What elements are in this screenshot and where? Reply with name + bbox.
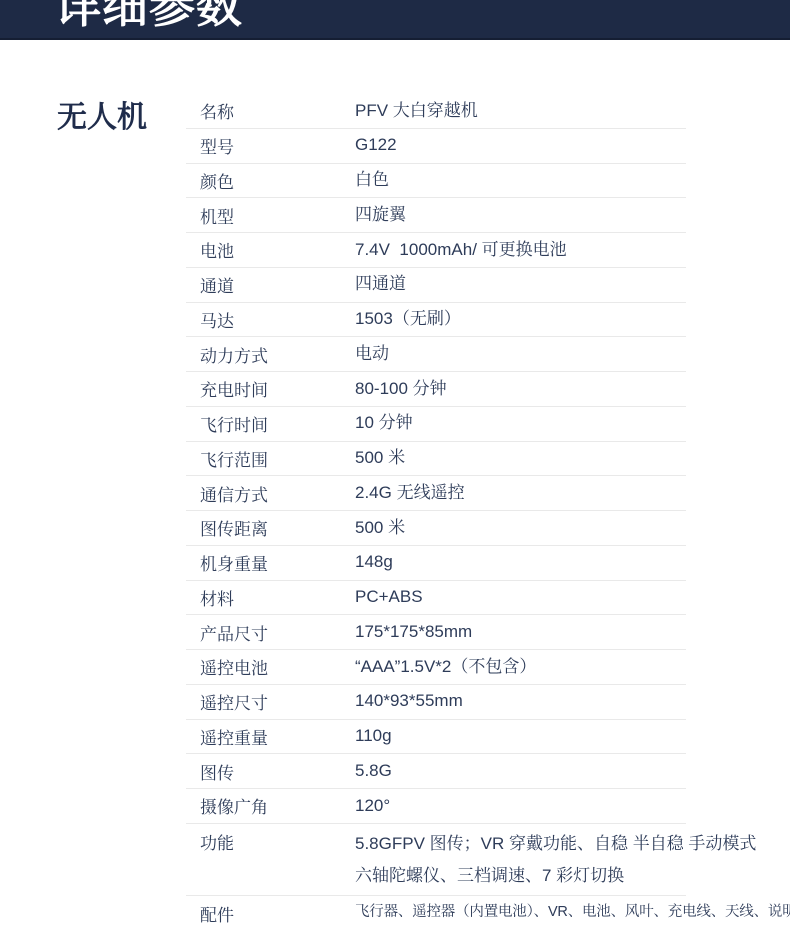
spec-row-label: 飞行时间 xyxy=(186,411,355,436)
page-title: 详细参数 xyxy=(55,0,243,29)
spec-row-camera-angle: 摄像广角 120° xyxy=(186,789,686,824)
spec-row-value: 电动 xyxy=(355,344,389,364)
spec-row-body-weight: 机身重量 148g xyxy=(186,546,686,581)
spec-row-value: 80-100 分钟 xyxy=(355,379,447,399)
spec-row-value: “AAA”1.5V*2（不包含） xyxy=(355,657,536,677)
spec-row-label: 遥控尺寸 xyxy=(186,689,355,714)
spec-row-power-mode: 动力方式 电动 xyxy=(186,337,686,372)
spec-row-flight-range: 飞行范围 500 米 xyxy=(186,442,686,477)
spec-row-value: 5.8G xyxy=(355,761,392,781)
spec-row-remote-size: 遥控尺寸 140*93*55mm xyxy=(186,685,686,720)
spec-row-value: 175*175*85mm xyxy=(355,622,472,642)
spec-row-label: 产品尺寸 xyxy=(186,620,355,645)
spec-row-remote-battery: 遥控电池 “AAA”1.5V*2（不包含） xyxy=(186,650,686,685)
spec-row-value: 白色 xyxy=(355,170,389,190)
spec-row-label: 动力方式 xyxy=(186,342,355,367)
spec-sheet-page: 详细参数 无人机 名称 PFV 大白穿越机 型号 G122 颜色 白色 机型 四… xyxy=(0,0,790,927)
spec-row-fpv-band: 图传 5.8G xyxy=(186,754,686,789)
spec-row-label: 图传 xyxy=(186,759,355,784)
spec-row-value: G122 xyxy=(355,135,397,155)
spec-row-label: 颜色 xyxy=(186,168,355,193)
spec-row-value: PC+ABS xyxy=(355,587,423,607)
spec-row-value: 飞行器、遥控器（内置电池）、VR、电池、风叶、充电线、天线、说明书 xyxy=(355,904,790,921)
spec-row-label: 功能 xyxy=(186,824,355,860)
spec-row-label: 型号 xyxy=(186,133,355,158)
spec-row-flight-time: 飞行时间 10 分钟 xyxy=(186,407,686,442)
spec-row-label: 遥控重量 xyxy=(186,724,355,749)
spec-row-label: 通道 xyxy=(186,272,355,297)
spec-row-value: 7.4V 1000mAh/ 可更换电池 xyxy=(355,240,567,260)
spec-row-value: PFV 大白穿越机 xyxy=(355,101,478,121)
spec-row-name: 名称 PFV 大白穿越机 xyxy=(186,94,686,129)
spec-row-charge-time: 充电时间 80-100 分钟 xyxy=(186,372,686,407)
detail-params-header: 详细参数 xyxy=(0,0,790,40)
spec-row-label: 通信方式 xyxy=(186,481,355,506)
spec-row-value: 四通道 xyxy=(355,274,406,294)
spec-row-value: 148g xyxy=(355,552,393,572)
spec-row-label: 摄像广角 xyxy=(186,793,355,818)
section-label-drone: 无人机 xyxy=(57,92,147,136)
spec-row-functions: 功能 5.8GFPV 图传；VR 穿戴功能、自稳 半自稳 手动模式 六轴陀螺仪、… xyxy=(186,824,686,896)
spec-row-value: 140*93*55mm xyxy=(355,691,463,711)
spec-row-value: 四旋翼 xyxy=(355,205,406,225)
spec-row-fpv-range: 图传距离 500 米 xyxy=(186,511,686,546)
spec-row-label: 机型 xyxy=(186,203,355,228)
spec-row-label: 图传距离 xyxy=(186,515,355,540)
spec-row-battery: 电池 7.4V 1000mAh/ 可更换电池 xyxy=(186,233,686,268)
spec-row-value: 500 米 xyxy=(355,448,405,468)
spec-row-motor: 马达 1503（无刷） xyxy=(186,303,686,338)
spec-row-value: 5.8GFPV 图传；VR 穿戴功能、自稳 半自稳 手动模式 六轴陀螺仪、三档调… xyxy=(355,824,756,892)
spec-row-frame-type: 机型 四旋翼 xyxy=(186,198,686,233)
spec-row-product-size: 产品尺寸 175*175*85mm xyxy=(186,615,686,650)
spec-row-label: 配件 xyxy=(186,901,355,926)
spec-row-accessories: 配件 飞行器、遥控器（内置电池）、VR、电池、风叶、充电线、天线、说明书 xyxy=(186,896,686,927)
spec-row-label: 机身重量 xyxy=(186,550,355,575)
spec-row-label: 材料 xyxy=(186,585,355,610)
spec-row-color: 颜色 白色 xyxy=(186,164,686,199)
spec-row-value: 2.4G 无线遥控 xyxy=(355,483,465,503)
spec-row-value: 1503（无刷） xyxy=(355,309,461,329)
spec-table: 名称 PFV 大白穿越机 型号 G122 颜色 白色 机型 四旋翼 电池 7.4… xyxy=(186,94,686,927)
spec-row-comm-mode: 通信方式 2.4G 无线遥控 xyxy=(186,476,686,511)
spec-row-label: 马达 xyxy=(186,307,355,332)
spec-row-value: 110g xyxy=(355,726,392,746)
spec-row-label: 飞行范围 xyxy=(186,446,355,471)
spec-row-channels: 通道 四通道 xyxy=(186,268,686,303)
spec-row-label: 电池 xyxy=(186,237,355,262)
spec-row-label: 名称 xyxy=(186,98,355,123)
spec-row-value: 120° xyxy=(355,796,390,816)
spec-row-value: 10 分钟 xyxy=(355,413,413,433)
spec-row-value: 500 米 xyxy=(355,518,405,538)
spec-row-label: 遥控电池 xyxy=(186,654,355,679)
spec-row-model: 型号 G122 xyxy=(186,129,686,164)
spec-row-label: 充电时间 xyxy=(186,376,355,401)
spec-row-material: 材料 PC+ABS xyxy=(186,581,686,616)
spec-row-remote-weight: 遥控重量 110g xyxy=(186,720,686,755)
